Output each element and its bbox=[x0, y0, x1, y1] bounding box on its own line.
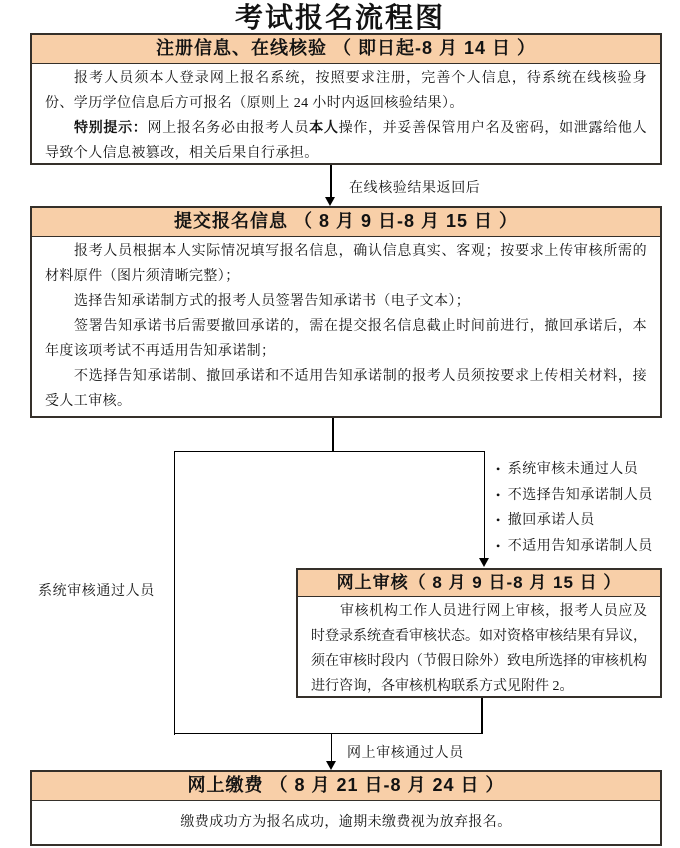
register-box: 注册信息、在线核验 （ 即日起-8 月 14 日 ） 报考人员须本人登录网上报名… bbox=[30, 33, 662, 165]
submit-paragraph-3: 签署告知承诺书后需要撤回承诺的，需在提交报名信息截止时间前进行，撤回承诺后，本年… bbox=[45, 314, 647, 364]
payment-box-body: 缴费成功方为报名成功，逾期未缴费视为放弃报名。 bbox=[32, 801, 660, 835]
list-item: •不适用告知承诺制人员 bbox=[496, 534, 653, 560]
review-box: 网上审核（ 8 月 9 日-8 月 15 日 ） 审核机构工作人员进行网上审核，… bbox=[296, 568, 662, 698]
payment-box: 网上缴费 （ 8 月 21 日-8 月 24 日 ） 缴费成功方为报名成功，逾期… bbox=[30, 770, 662, 846]
payment-box-header: 网上缴费 （ 8 月 21 日-8 月 24 日 ） bbox=[32, 772, 660, 801]
register-box-body: 报考人员须本人登录网上报名系统，按照要求注册，完善个人信息，待系统在线核验身份、… bbox=[32, 64, 660, 166]
connector-register-to-submit bbox=[330, 165, 332, 199]
submit-paragraph-4: 不选择告知承诺制、撤回承诺和不适用告知承诺制的报考人员须按要求上传相关材料，接受… bbox=[45, 364, 647, 414]
review-candidates-list: •系统审核未通过人员 •不选择告知承诺制人员 •撤回承诺人员 •不适用告知承诺制… bbox=[496, 457, 653, 559]
submit-paragraph-2: 选择告知承诺制方式的报考人员签署告知承诺书（电子文本）； bbox=[45, 289, 647, 314]
submit-box-body: 报考人员根据本人实际情况填写报名信息，确认信息真实、客观；按要求上传审核所需的材… bbox=[32, 237, 660, 414]
edge-label-system-passed: 系统审核通过人员 bbox=[38, 580, 155, 600]
bullet-icon: • bbox=[496, 462, 501, 476]
connector-to-payment bbox=[331, 733, 333, 762]
bullet-icon: • bbox=[496, 488, 501, 502]
list-item-label: 不适用告知承诺制人员 bbox=[508, 539, 653, 554]
list-item: •不选择告知承诺制人员 bbox=[496, 483, 653, 509]
arrowhead-down-icon bbox=[479, 558, 489, 567]
arrowhead-down-icon bbox=[326, 761, 336, 770]
list-item-label: 撤回承诺人员 bbox=[508, 513, 595, 528]
connector-branch-top bbox=[174, 451, 486, 453]
connector-review-exit bbox=[481, 698, 483, 734]
register-box-header: 注册信息、在线核验 （ 即日起-8 月 14 日 ） bbox=[32, 35, 660, 64]
register-paragraph-2: 特别提示：网上报名务必由报考人员本人操作，并妥善保管用户名及密码，如泄露给他人导… bbox=[45, 116, 647, 166]
list-item: •撤回承诺人员 bbox=[496, 508, 653, 534]
connector-branch-left bbox=[174, 451, 176, 735]
review-box-body: 审核机构工作人员进行网上审核，报考人员应及时登录系统查看审核状态。如对资格审核结… bbox=[298, 597, 660, 699]
page-title: 考试报名流程图 bbox=[0, 0, 680, 36]
list-item-label: 系统审核未通过人员 bbox=[508, 462, 639, 477]
list-item: •系统审核未通过人员 bbox=[496, 457, 653, 483]
connector-branch-right bbox=[484, 451, 486, 561]
edge-label-review-passed: 网上审核通过人员 bbox=[347, 742, 464, 762]
bullet-icon: • bbox=[496, 513, 501, 527]
connector-converge-bottom bbox=[174, 733, 483, 735]
bullet-icon: • bbox=[496, 539, 501, 553]
edge-label-verify-return: 在线核验结果返回后 bbox=[349, 177, 480, 197]
payment-paragraph-1: 缴费成功方为报名成功，逾期未缴费视为放弃报名。 bbox=[45, 810, 647, 835]
flowchart-canvas: 考试报名流程图 注册信息、在线核验 （ 即日起-8 月 14 日 ） 报考人员须… bbox=[0, 0, 680, 848]
register-paragraph-2-pre: 网上报名务必由报考人员 bbox=[148, 121, 310, 136]
register-paragraph-2-bold: 本人 bbox=[309, 121, 338, 136]
review-paragraph-1: 审核机构工作人员进行网上审核，报考人员应及时登录系统查看审核状态。如对资格审核结… bbox=[311, 599, 647, 699]
special-note-label: 特别提示： bbox=[74, 121, 148, 136]
register-paragraph-1: 报考人员须本人登录网上报名系统，按照要求注册，完善个人信息，待系统在线核验身份、… bbox=[45, 66, 647, 116]
submit-box-header: 提交报名信息 （ 8 月 9 日-8 月 15 日 ） bbox=[32, 208, 660, 237]
submit-paragraph-1: 报考人员根据本人实际情况填写报名信息，确认信息真实、客观；按要求上传审核所需的材… bbox=[45, 239, 647, 289]
review-box-header: 网上审核（ 8 月 9 日-8 月 15 日 ） bbox=[298, 570, 660, 597]
list-item-label: 不选择告知承诺制人员 bbox=[508, 488, 653, 503]
connector-submit-drop bbox=[332, 418, 334, 451]
submit-box: 提交报名信息 （ 8 月 9 日-8 月 15 日 ） 报考人员根据本人实际情况… bbox=[30, 206, 662, 418]
arrowhead-down-icon bbox=[325, 197, 335, 206]
